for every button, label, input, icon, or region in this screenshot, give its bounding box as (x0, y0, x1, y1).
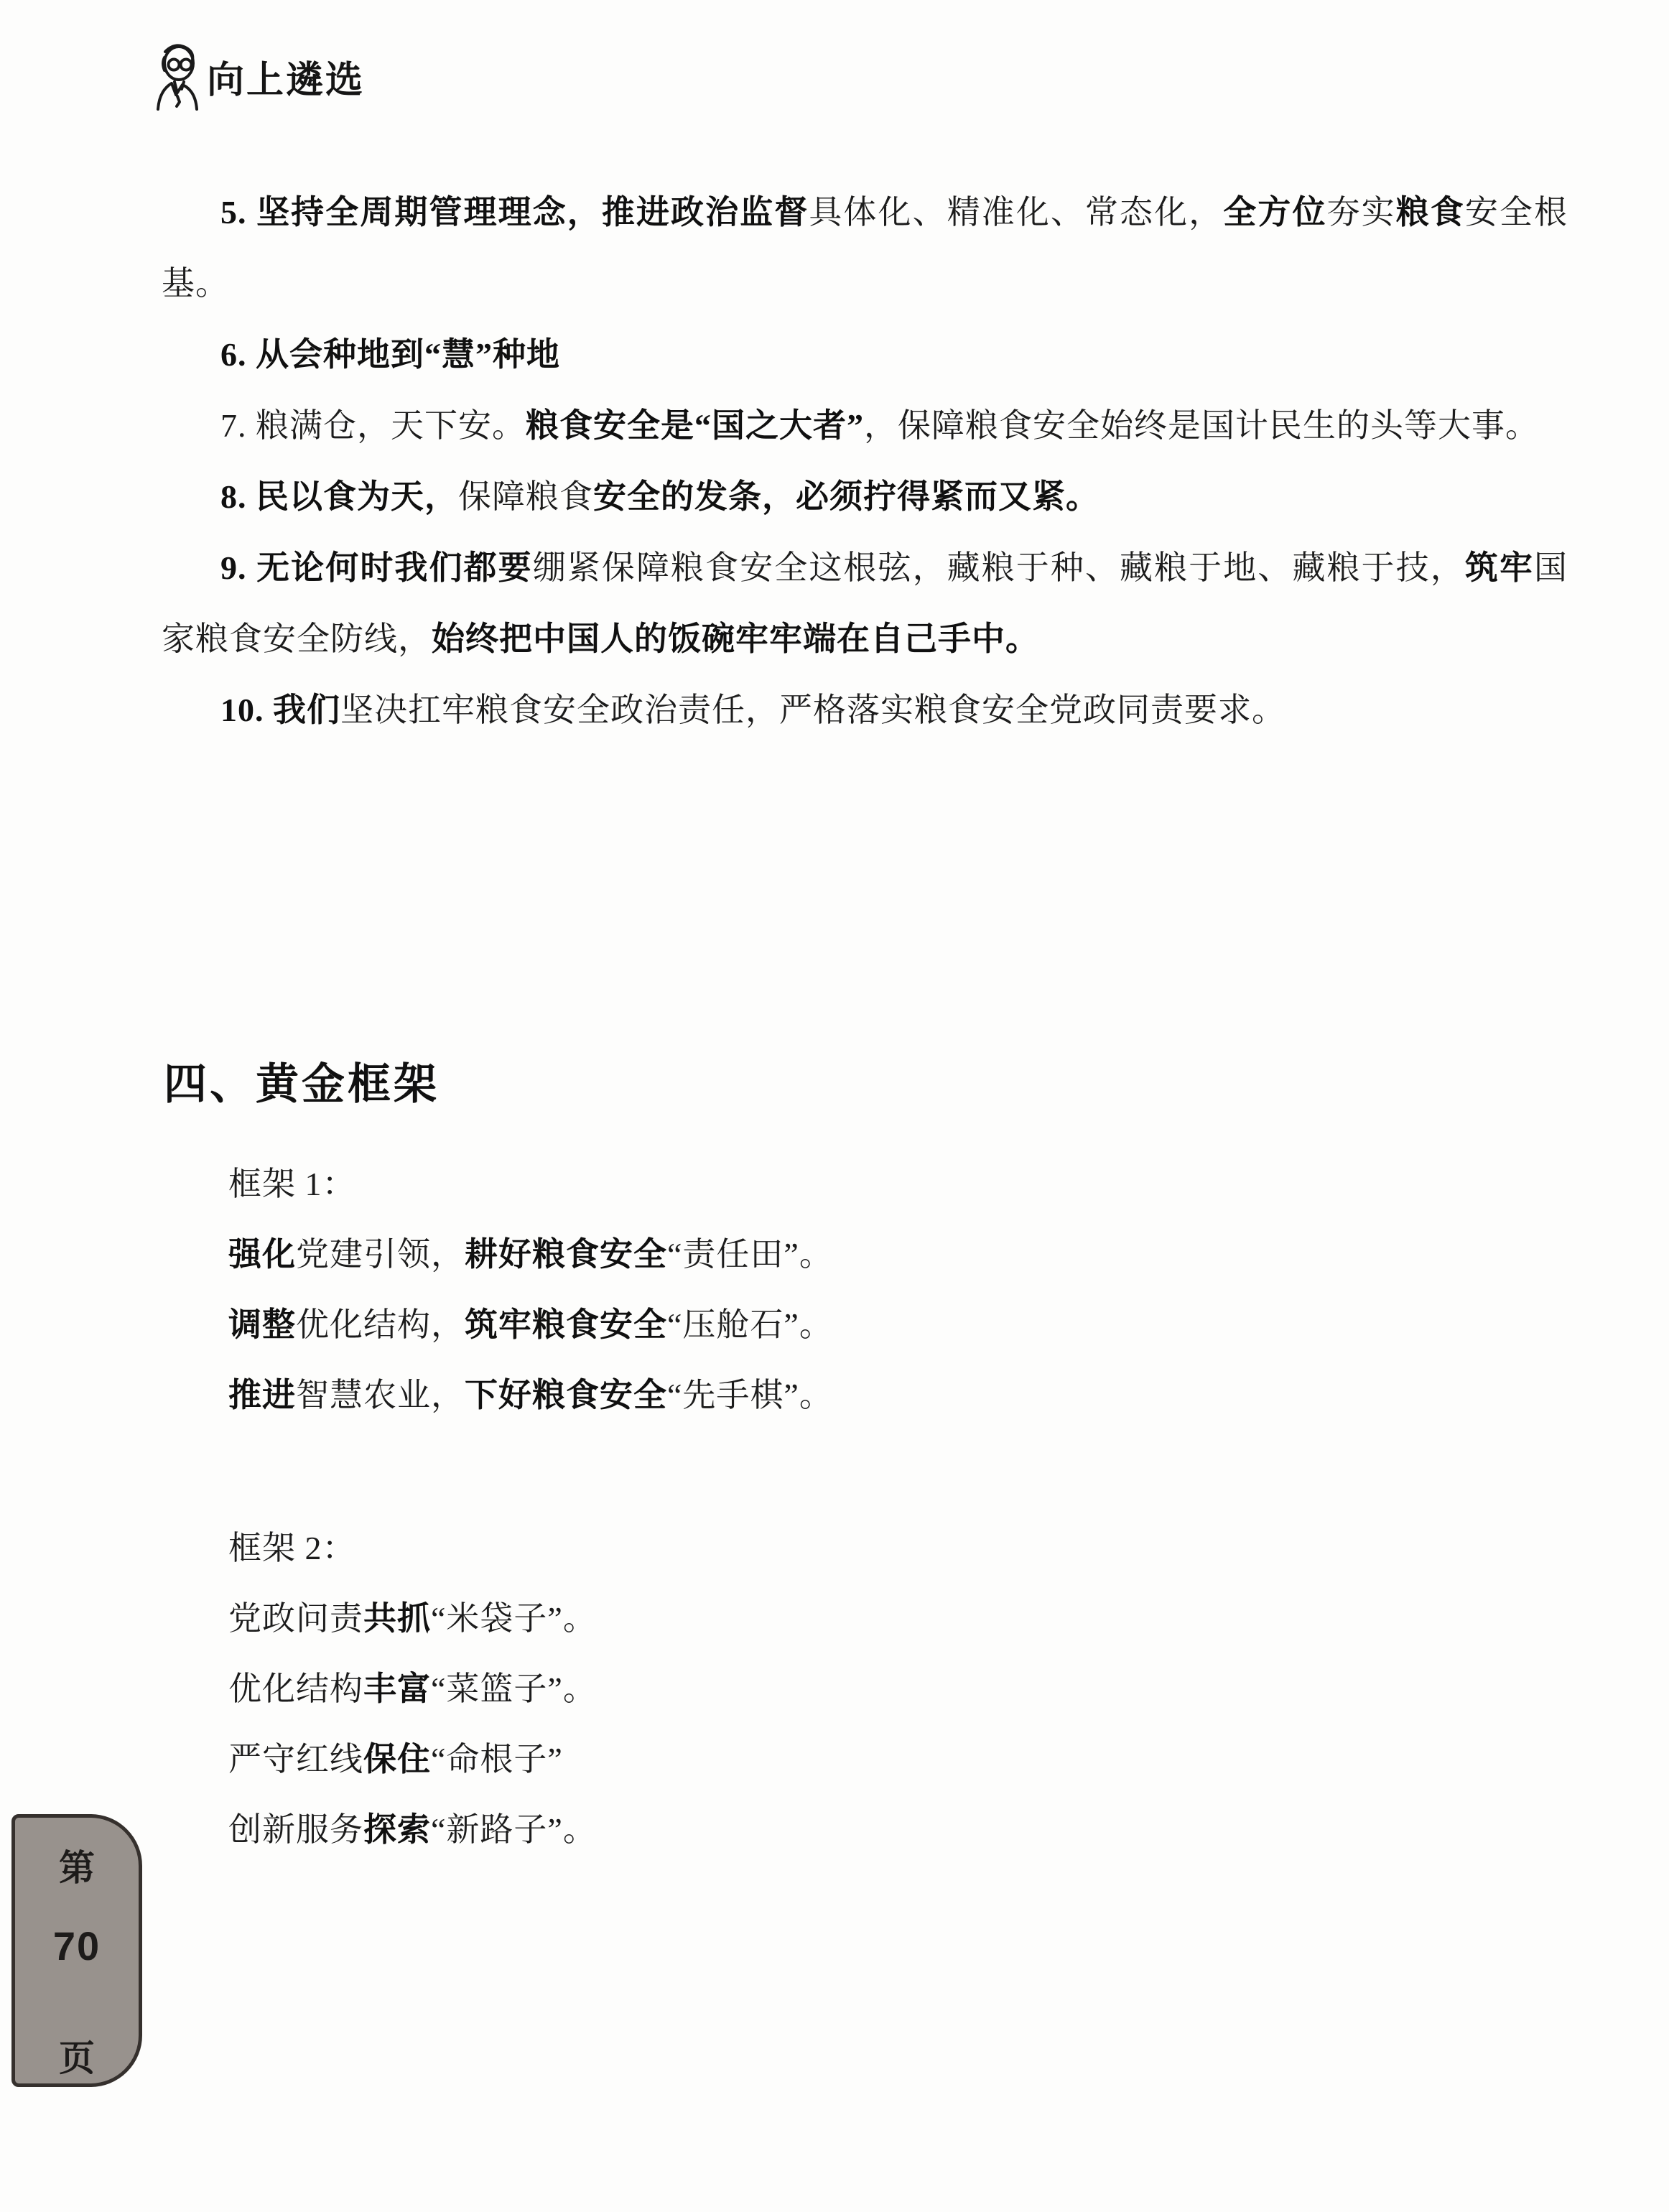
text-segment: 保住 (363, 1741, 431, 1777)
text-segment: 坚决扛牢粮食安全政治责任，严格落实粮食安全党政同责要求。 (340, 692, 1286, 728)
text-segment: 始终把中国人的饭碗牢牢端在自己手中。 (432, 621, 1039, 657)
text-segment: 严守红线 (228, 1741, 363, 1777)
text-segment: 推进 (228, 1377, 296, 1413)
frame-block: 框架 2：党政问责共抓“米袋子”。优化结构丰富“菜篮子”。严守红线保住“命根子”… (228, 1513, 1579, 1865)
text-segment: 丰富 (363, 1670, 431, 1707)
text-segment: 全方位 (1223, 194, 1326, 231)
text-segment: “压舱石”。 (667, 1306, 833, 1343)
text-segment: “责任田”。 (667, 1236, 833, 1273)
frame-label: 框架 1： (228, 1149, 1579, 1219)
list-item: 10. 我们坚决扛牢粮食安全政治责任，严格落实粮食安全党政同责要求。 (162, 674, 1568, 745)
text-segment: “米袋子”。 (431, 1600, 597, 1637)
text-segment: 优化结构 (228, 1670, 363, 1707)
numbered-list: 5. 坚持全周期管理理念，推进政治监督具体化、精准化、常态化，全方位夯实粮食安全… (162, 177, 1568, 745)
text-segment: 8. 民以食为天， (220, 478, 458, 515)
text-segment: 筑牢 (1465, 549, 1534, 586)
text-segment: 9. 无论何时我们都要 (220, 549, 533, 586)
frame-line: 创新服务探索“新路子”。 (228, 1795, 1579, 1865)
frame-line: 强化党建引领，耕好粮食安全“责任田”。 (228, 1219, 1579, 1290)
document-page: 向上遴选 5. 坚持全周期管理理念，推进政治监督具体化、精准化、常态化，全方位夯… (0, 0, 1669, 2212)
text-segment: 保障粮食 (458, 478, 593, 515)
text-segment: 优化结构， (296, 1306, 465, 1343)
text-segment: 夯实 (1327, 194, 1396, 231)
text-segment: 具体化、精准化、常态化， (809, 194, 1223, 231)
list-item: 7. 粮满仓，天下安。粮食安全是“国之大者”，保障粮食安全始终是国计民生的头等大… (162, 390, 1568, 461)
badge-prefix: 第 (59, 1839, 95, 1891)
text-segment: 共抓 (363, 1600, 431, 1637)
text-segment: “先手棋”。 (667, 1377, 833, 1413)
text-segment: 下好粮食安全 (465, 1377, 667, 1413)
text-segment: ，保障粮食安全始终是国计民生的头等大事。 (864, 407, 1539, 444)
frame-line: 推进智慧农业，下好粮食安全“先手棋”。 (228, 1360, 1579, 1431)
text-segment: 安全的发条，必须拧得紧而又紧。 (593, 478, 1100, 515)
text-segment: 探索 (363, 1811, 431, 1848)
frame-line: 优化结构丰富“菜篮子”。 (228, 1654, 1579, 1724)
text-segment: 粮食 (1396, 194, 1465, 231)
text-segment: 党政问责 (228, 1600, 363, 1637)
section-title: 四、黄金框架 (164, 1050, 440, 1112)
text-segment: 强化 (228, 1236, 296, 1273)
list-item: 9. 无论何时我们都要绷紧保障粮食安全这根弦，藏粮于种、藏粮于地、藏粮于技，筑牢… (162, 532, 1568, 674)
text-segment: 调整 (228, 1306, 296, 1343)
text-segment: 5. 坚持全周期管理理念，推进政治监督 (220, 194, 809, 231)
frames: 框架 1：强化党建引领，耕好粮食安全“责任田”。调整优化结构，筑牢粮食安全“压舱… (228, 1149, 1579, 1865)
list-item: 5. 坚持全周期管理理念，推进政治监督具体化、精准化、常态化，全方位夯实粮食安全… (162, 177, 1568, 319)
text-segment: 10. 我们 (220, 692, 340, 728)
text-segment: 党建引领， (296, 1236, 465, 1273)
list-item: 6. 从会种地到“慧”种地 (162, 319, 1568, 390)
text-segment: 7. 粮满仓，天下安。 (220, 407, 526, 444)
text-segment: 耕好粮食安全 (465, 1236, 667, 1273)
list-item: 8. 民以食为天，保障粮食安全的发条，必须拧得紧而又紧。 (162, 461, 1568, 532)
frame-line: 严守红线保住“命根子” (228, 1724, 1579, 1795)
section-header: 向上遴选 (151, 42, 365, 111)
frame-block: 框架 1：强化党建引领，耕好粮食安全“责任田”。调整优化结构，筑牢粮食安全“压舱… (228, 1149, 1579, 1431)
text-segment: 绷紧保障粮食安全这根弦，藏粮于种、藏粮于地、藏粮于技， (533, 549, 1465, 586)
text-segment: 创新服务 (228, 1811, 363, 1848)
text-segment: 粮食安全是“国之大者” (526, 407, 864, 444)
frame-label: 框架 2： (228, 1513, 1579, 1584)
badge-number: 70 (53, 1923, 101, 1969)
page-number-badge: 第 70 页 (11, 1814, 142, 2087)
scholar-icon (151, 42, 204, 111)
text-segment: 6. 从会种地到“慧”种地 (220, 336, 560, 373)
text-segment: “命根子” (431, 1741, 563, 1777)
frame-line: 党政问责共抓“米袋子”。 (228, 1584, 1579, 1654)
text-segment: “新路子”。 (431, 1811, 597, 1848)
badge-suffix: 页 (59, 2030, 95, 2081)
header-title: 向上遴选 (207, 50, 365, 103)
frame-line: 调整优化结构，筑牢粮食安全“压舱石”。 (228, 1290, 1579, 1360)
text-segment: 筑牢粮食安全 (465, 1306, 667, 1343)
text-segment: 智慧农业， (296, 1377, 465, 1413)
text-segment: “菜篮子”。 (431, 1670, 597, 1707)
